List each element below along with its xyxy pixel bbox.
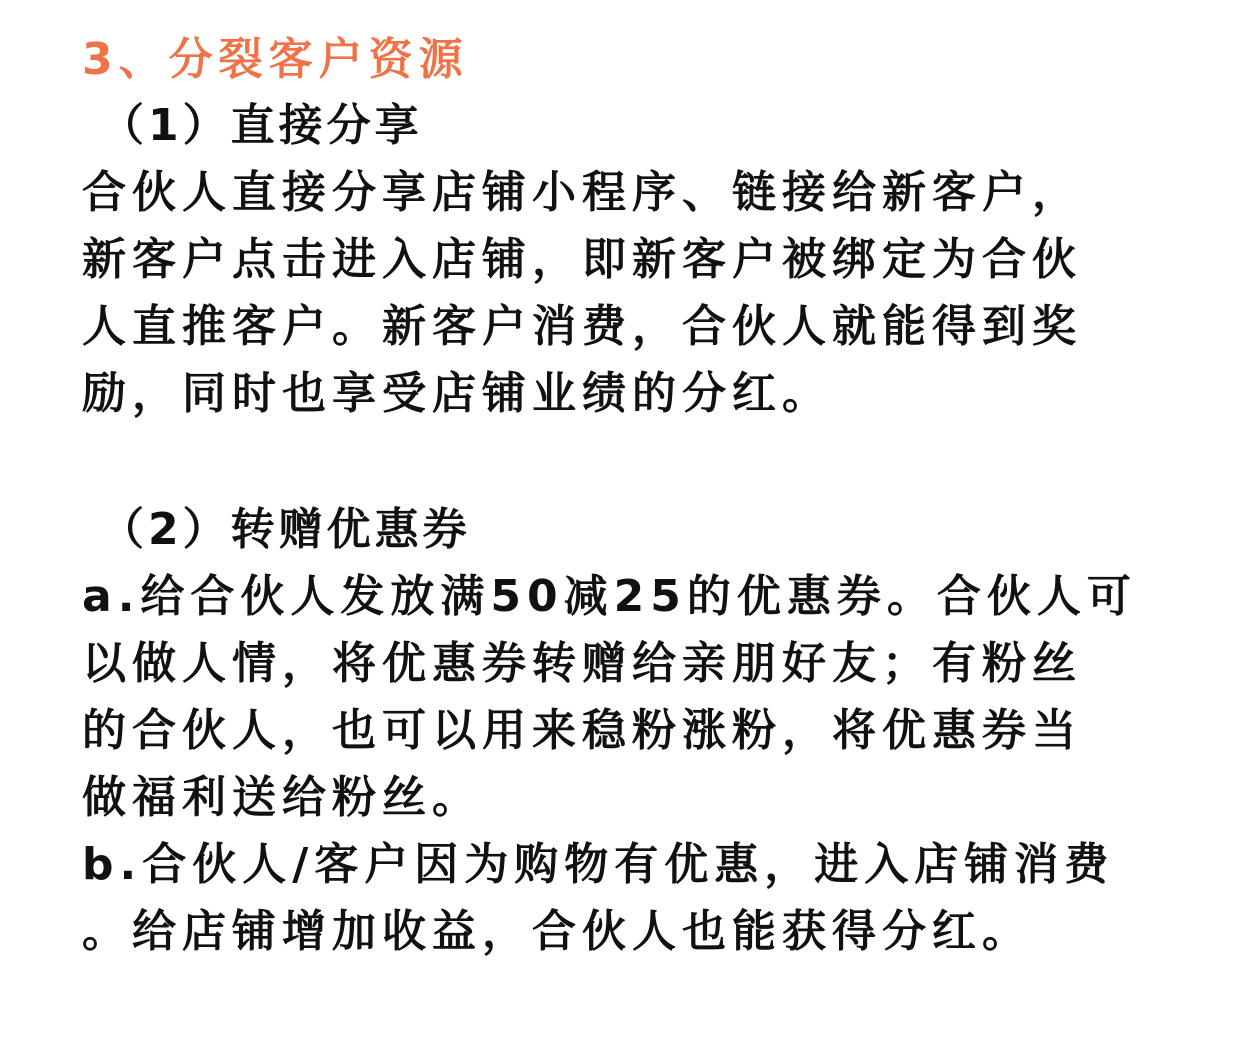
paragraph-line: 人直推客户。新客户消费，合伙人就能得到奖 [82, 297, 1082, 357]
section-title: 3、分裂客户资源 [82, 30, 469, 90]
subheading-coupon-transfer: （2）转赠优惠券 [100, 500, 471, 560]
document-page: 3、分裂客户资源 （1）直接分享 合伙人直接分享店铺小程序、链接给新客户， 新客… [0, 0, 1242, 1043]
paragraph-line: 新客户点击进入店铺，即新客户被绑定为合伙 [82, 230, 1082, 290]
paragraph-line: 励，同时也享受店铺业绩的分红。 [82, 364, 832, 424]
paragraph-line: 的合伙人，也可以用来稳粉涨粉，将优惠券当 [82, 701, 1082, 761]
paragraph-line: 。给店铺增加收益，合伙人也能获得分红。 [82, 902, 1032, 962]
paragraph-line: 做福利送给粉丝。 [82, 768, 482, 828]
paragraph-line: 以做人情，将优惠券转赠给亲朋好友；有粉丝 [82, 634, 1082, 694]
subheading-direct-share: （1）直接分享 [100, 96, 423, 156]
paragraph-line: a.给合伙人发放满50减25的优惠券。合伙人可 [82, 567, 1137, 627]
paragraph-line: b.合伙人/客户因为购物有优惠，进入店铺消费 [82, 835, 1114, 895]
paragraph-line: 合伙人直接分享店铺小程序、链接给新客户， [82, 163, 1082, 223]
